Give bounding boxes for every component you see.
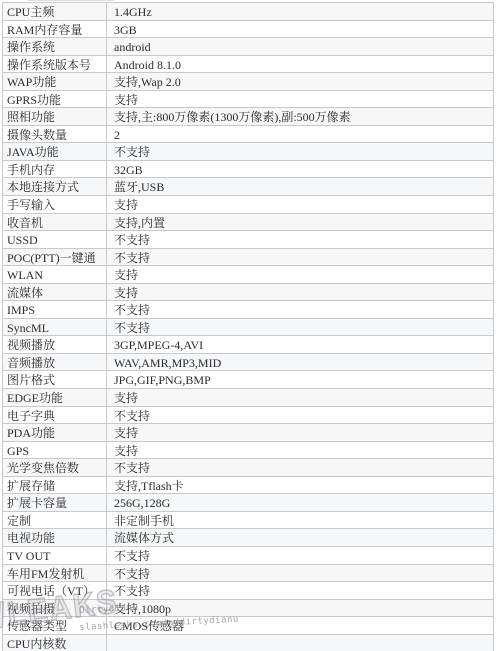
spec-label: 手写输入 [3,196,107,213]
spec-label: 流媒体 [3,284,107,301]
spec-value: 支持 [107,389,493,406]
spec-value: 不支持 [107,143,493,160]
spec-label: 视频播放 [3,336,107,353]
table-row: 定制非定制手机 [3,512,493,530]
table-row: EDGE功能支持 [3,389,493,407]
spec-value: 32GB [107,161,493,178]
spec-value: 支持 [107,91,493,108]
spec-value: 支持 [107,266,493,283]
spec-value: 支持 [107,196,493,213]
spec-label: EDGE功能 [3,389,107,406]
table-row: 手机内存32GB [3,161,493,179]
spec-value: 不支持 [107,301,493,318]
table-row: 扩展存储支持,Tflash卡 [3,477,493,495]
spec-label: 本地连接方式 [3,178,107,195]
cropped-row-remnant [28,0,114,1]
spec-value: 1.4GHz [107,3,493,20]
spec-value: 蓝牙,USB [107,178,493,195]
table-row: TV OUT不支持 [3,547,493,565]
spec-label: PDA功能 [3,424,107,441]
spec-label: TV OUT [3,547,107,564]
spec-value: 流媒体方式 [107,529,493,546]
spec-value: 不支持 [107,319,493,336]
spec-label: JAVA功能 [3,143,107,160]
table-row: 传感器类型CMOS传感器 [3,617,493,635]
table-row: SyncML不支持 [3,319,493,337]
spec-value: Android 8.1.0 [107,56,493,73]
spec-label: 扩展存储 [3,477,107,494]
table-row: 可视电话（VT）不支持 [3,582,493,600]
table-row: 操作系统版本号Android 8.1.0 [3,56,493,74]
spec-value: 256G,128G [107,494,493,511]
table-row: USSD不支持 [3,231,493,249]
spec-label: 照相功能 [3,108,107,125]
spec-value: 支持,内置 [107,214,493,231]
table-row: 视频播放3GP,MPEG-4,AVI [3,336,493,354]
table-row: RAM内存容量3GB [3,21,493,39]
spec-value: 不支持 [107,249,493,266]
spec-label: 视频拍摄 [3,600,107,617]
spec-label: 手机内存 [3,161,107,178]
spec-label: 图片格式 [3,371,107,388]
spec-value: CMOS传感器 [107,617,493,634]
spec-value: 不支持 [107,231,493,248]
spec-value: 3GP,MPEG-4,AVI [107,336,493,353]
table-row: JAVA功能不支持 [3,143,493,161]
spec-value: 2 [107,126,493,143]
table-row: 视频拍摄支持,1080p [3,600,493,618]
spec-table: CPU主频1.4GHzRAM内存容量3GB操作系统android操作系统版本号A… [2,2,494,651]
spec-label: 光学变焦倍数 [3,459,107,476]
spec-value: android [107,38,493,55]
spec-value: 非定制手机 [107,512,493,529]
spec-value: 不支持 [107,547,493,564]
spec-label: POC(PTT)一键通 [3,249,107,266]
table-row: 照相功能支持,主:800万像素(1300万像素),副:500万像素 [3,108,493,126]
table-row: GPRS功能支持 [3,91,493,109]
spec-label: CPU主频 [3,3,107,20]
spec-value: 支持,主:800万像素(1300万像素),副:500万像素 [107,108,493,125]
spec-label: CPU内核数 [3,635,107,651]
table-row: 音频播放WAV,AMR,MP3,MID [3,354,493,372]
table-row: GPS支持 [3,442,493,460]
spec-label: 电视功能 [3,529,107,546]
table-row: 光学变焦倍数不支持 [3,459,493,477]
spec-label: 操作系统 [3,38,107,55]
spec-value: 3GB [107,21,493,38]
table-row: 本地连接方式蓝牙,USB [3,178,493,196]
spec-label: USSD [3,231,107,248]
spec-label: WLAN [3,266,107,283]
spec-value: 支持 [107,424,493,441]
spec-value: 不支持 [107,565,493,582]
spec-label: GPS [3,442,107,459]
spec-label: RAM内存容量 [3,21,107,38]
table-row: 电子字典不支持 [3,407,493,425]
spec-value: JPG,GIF,PNG,BMP [107,371,493,388]
spec-label: 车用FM发射机 [3,565,107,582]
table-row: 操作系统android [3,38,493,56]
spec-value: 支持,Tflash卡 [107,477,493,494]
spec-label: 音频播放 [3,354,107,371]
table-row: IMPS不支持 [3,301,493,319]
table-row: PDA功能支持 [3,424,493,442]
table-row: 图片格式JPG,GIF,PNG,BMP [3,371,493,389]
spec-label: 操作系统版本号 [3,56,107,73]
spec-label: WAP功能 [3,73,107,90]
table-row: 电视功能流媒体方式 [3,529,493,547]
spec-label: 收音机 [3,214,107,231]
spec-label: SyncML [3,319,107,336]
spec-label: GPRS功能 [3,91,107,108]
table-row: CPU内核数 [3,635,493,651]
spec-label: 摄像头数量 [3,126,107,143]
spec-value [107,635,493,651]
spec-value: WAV,AMR,MP3,MID [107,354,493,371]
spec-label: IMPS [3,301,107,318]
spec-label: 电子字典 [3,407,107,424]
table-row: WLAN支持 [3,266,493,284]
spec-value: 支持 [107,284,493,301]
table-row: CPU主频1.4GHz [3,3,493,21]
spec-value: 支持,Wap 2.0 [107,73,493,90]
spec-value: 支持,1080p [107,600,493,617]
spec-label: 传感器类型 [3,617,107,634]
table-row: 扩展卡容量256G,128G [3,494,493,512]
spec-value: 不支持 [107,582,493,599]
table-row: 收音机支持,内置 [3,214,493,232]
table-row: 手写输入支持 [3,196,493,214]
spec-label: 可视电话（VT） [3,582,107,599]
table-row: POC(PTT)一键通不支持 [3,249,493,267]
spec-label: 定制 [3,512,107,529]
table-row: 流媒体支持 [3,284,493,302]
table-row: 摄像头数量2 [3,126,493,144]
table-row: 车用FM发射机不支持 [3,565,493,583]
table-row: WAP功能支持,Wap 2.0 [3,73,493,91]
spec-value: 不支持 [107,407,493,424]
spec-value: 不支持 [107,459,493,476]
spec-value: 支持 [107,442,493,459]
spec-label: 扩展卡容量 [3,494,107,511]
